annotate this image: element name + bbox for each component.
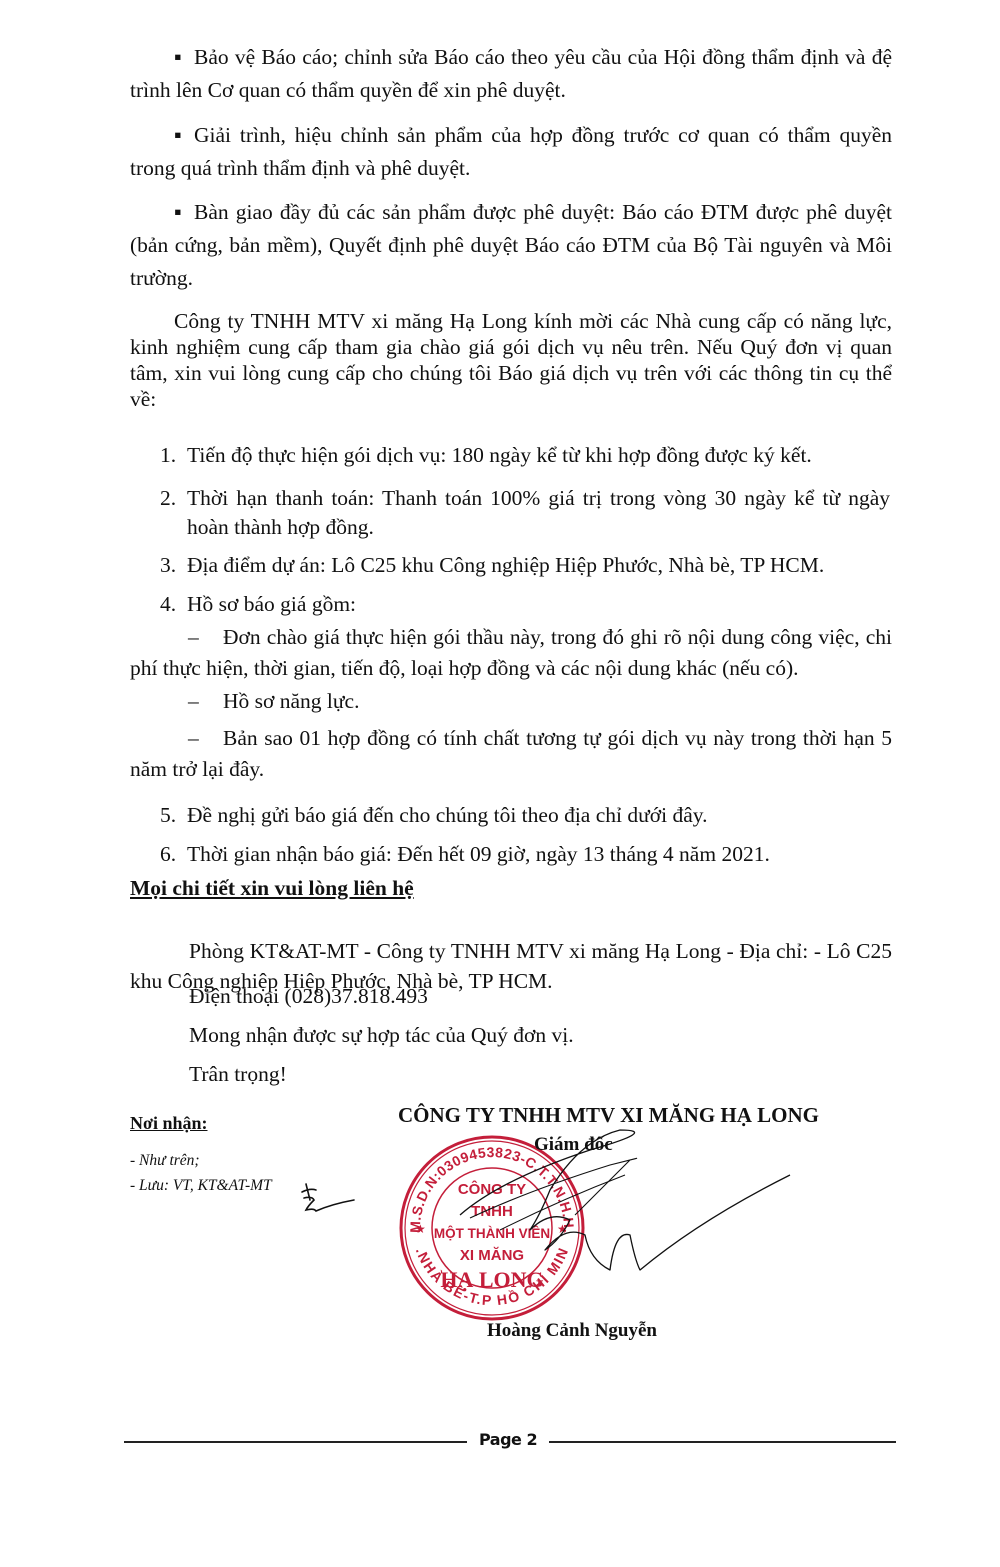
sub-list-item: –Bản sao 01 hợp đồng có tính chất tương … [130, 723, 892, 785]
initials-signature-icon [292, 1178, 362, 1218]
list-item: 3.Địa điểm dự án: Lô C25 khu Công nghiệp… [160, 551, 890, 580]
svg-text:★: ★ [415, 1222, 426, 1236]
bullet-paragraph: ▪Bàn giao đầy đủ các sản phẩm được phê d… [130, 196, 892, 295]
dash-bullet-icon: – [188, 723, 223, 754]
page-number: Page 2 [479, 1430, 537, 1449]
list-item: 1.Tiến độ thực hiện gói dịch vụ: 180 ngà… [160, 441, 890, 470]
intro-paragraph: Công ty TNHH MTV xi măng Hạ Long kính mờ… [130, 308, 892, 412]
closing-line: Mong nhận được sự hợp tác của Quý đơn vị… [189, 1023, 574, 1048]
list-item: 4.Hồ sơ báo giá gồm: [160, 590, 890, 619]
recipient-item: - Lưu: VT, KT&AT-MT [130, 1177, 272, 1195]
document-page: ▪Bảo vệ Báo cáo; chỉnh sửa Báo cáo theo … [0, 0, 1000, 1567]
dash-bullet-icon: – [188, 686, 223, 717]
sub-list-item: –Hồ sơ năng lực. [130, 686, 892, 717]
recipients-heading: Nơi nhận: [130, 1113, 208, 1134]
signer-name: Hoàng Cảnh Nguyễn [487, 1320, 657, 1342]
square-bullet-icon: ▪ [174, 196, 184, 229]
regards-line: Trân trọng! [189, 1062, 287, 1087]
bullet-paragraph: ▪Giải trình, hiệu chỉnh sản phẩm của hợp… [130, 119, 892, 185]
list-item: 6.Thời gian nhận báo giá: Đến hết 09 giờ… [160, 840, 890, 869]
contact-phone: Điện thoại (028)37.818.493 [189, 984, 428, 1009]
handwritten-signature-icon [440, 1120, 810, 1300]
list-item: 5.Đề nghị gửi báo giá đến cho chúng tôi … [160, 801, 890, 830]
dash-bullet-icon: – [188, 622, 223, 653]
square-bullet-icon: ▪ [174, 41, 184, 74]
footer-rule-left [124, 1441, 467, 1443]
footer-rule-right [549, 1441, 896, 1443]
list-item: 2.Thời hạn thanh toán: Thanh toán 100% g… [160, 484, 890, 542]
contact-heading: Mọi chi tiết xin vui lòng liên hệ [130, 876, 414, 901]
square-bullet-icon: ▪ [174, 119, 184, 152]
recipient-item: - Như trên; [130, 1152, 200, 1170]
bullet-paragraph: ▪Bảo vệ Báo cáo; chỉnh sửa Báo cáo theo … [130, 41, 892, 107]
sub-list-item: –Đơn chào giá thực hiện gói thầu này, tr… [130, 622, 892, 684]
